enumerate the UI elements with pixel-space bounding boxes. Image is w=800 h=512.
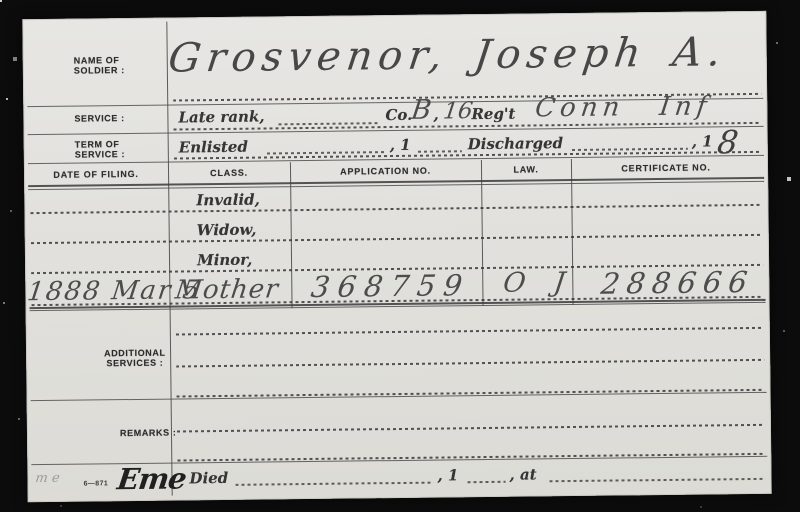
- died-leader: [236, 482, 434, 486]
- company-value-handwritten: B: [409, 95, 433, 126]
- header-law: LAW.: [481, 164, 571, 175]
- pension-index-card: NAME OF SOLDIER : Grosvenor, Joseph A. S…: [22, 11, 771, 502]
- application-no-handwritten: 368759: [309, 268, 472, 304]
- regiment-number-handwritten: 16: [442, 98, 475, 124]
- certificate-no-handwritten: 288666: [599, 265, 756, 301]
- late-rank-leader: [278, 122, 380, 125]
- discharged-label: Discharged: [468, 134, 564, 153]
- header-date-of-filing: DATE OF FILING.: [24, 169, 168, 181]
- class-widow: Widow,: [197, 221, 257, 240]
- enlisted-year-leader: [418, 150, 462, 152]
- enlisted-label: Enlisted: [179, 138, 248, 157]
- term-of-service-label: TERM OF SERVICE :: [75, 139, 125, 160]
- died-place-leader: [550, 478, 766, 482]
- invalid-row-line: [30, 204, 762, 214]
- class-mother-handwritten: Mother: [173, 274, 280, 305]
- scan-noise: [0, 0, 2, 2]
- remarks-label: REMARKS :: [120, 428, 177, 439]
- clerk-initials-handwritten: Eme: [115, 461, 188, 496]
- enlisted-leader: [267, 151, 385, 154]
- pencil-note-handwritten: m e: [35, 471, 61, 486]
- header-application-no: APPLICATION NO.: [290, 165, 481, 177]
- enlisted-year-prefix: , 1: [390, 136, 411, 154]
- discharged-year-prefix: , 1: [692, 132, 713, 150]
- company-comma: ,: [433, 106, 438, 124]
- regiment-value-handwritten: Conn Inf: [533, 91, 713, 123]
- header-certificate-no: CERTIFICATE NO.: [571, 162, 761, 174]
- discharged-leader: [572, 148, 688, 151]
- additional-services-line-2: [176, 359, 764, 368]
- service-label: SERVICE :: [74, 113, 124, 124]
- law-handwritten: O J: [501, 267, 577, 299]
- name-of-soldier-label: NAME OF SOLDIER :: [74, 55, 125, 76]
- form-number: 6—871: [84, 480, 109, 487]
- additional-services-label: ADDITIONAL SERVICES :: [104, 348, 166, 369]
- died-year-prefix: , 1: [437, 466, 458, 484]
- died-year-leader: [468, 481, 506, 483]
- soldier-name-handwritten: Grosvenor, Joseph A.: [166, 29, 730, 81]
- died-label: Died: [189, 469, 228, 487]
- died-at-label: , at: [509, 465, 536, 483]
- scanned-document-background: NAME OF SOLDIER : Grosvenor, Joseph A. S…: [0, 0, 800, 512]
- additional-services-line-1: [176, 327, 764, 336]
- late-rank-label: Late rank,: [178, 107, 264, 126]
- class-minor: Minor,: [197, 251, 252, 270]
- label-column-rule: [166, 22, 172, 496]
- widow-row-line: [31, 234, 763, 244]
- class-invalid: Invalid,: [196, 191, 260, 210]
- remarks-line-1: [177, 424, 765, 433]
- regiment-label: Reg't: [471, 105, 515, 123]
- header-class: CLASS.: [168, 167, 290, 178]
- company-label: Co.: [385, 106, 412, 124]
